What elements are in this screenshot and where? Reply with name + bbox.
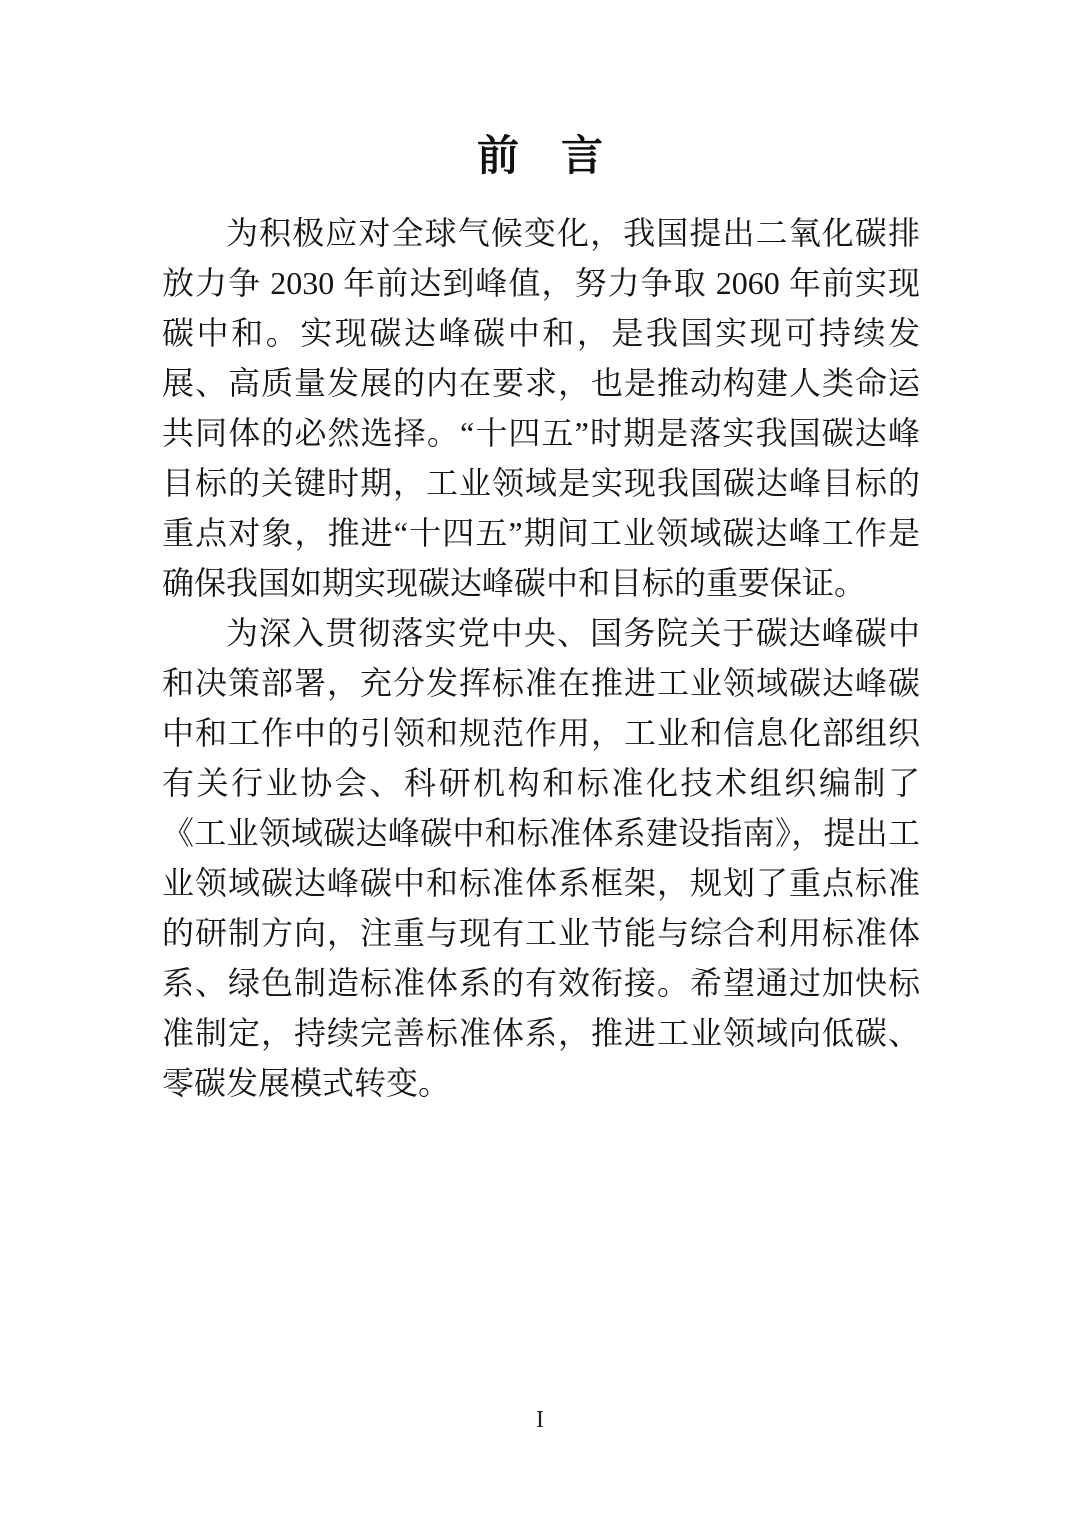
body-paragraph: 为深入贯彻落实党中央、国务院关于碳达峰碳中和决策部署，充分发挥标准在推进工业领域… xyxy=(162,608,920,1108)
document-body: 为积极应对全球气候变化，我国提出二氧化碳排放力争 2030 年前达到峰值，努力争… xyxy=(162,208,920,1108)
page-number: I xyxy=(0,1402,1080,1438)
body-paragraph: 为积极应对全球气候变化，我国提出二氧化碳排放力争 2030 年前达到峰值，努力争… xyxy=(162,208,920,608)
page-title: 前 言 xyxy=(0,0,1080,186)
document-page: 前 言 为积极应对全球气候变化，我国提出二氧化碳排放力争 2030 年前达到峰值… xyxy=(0,0,1080,1527)
